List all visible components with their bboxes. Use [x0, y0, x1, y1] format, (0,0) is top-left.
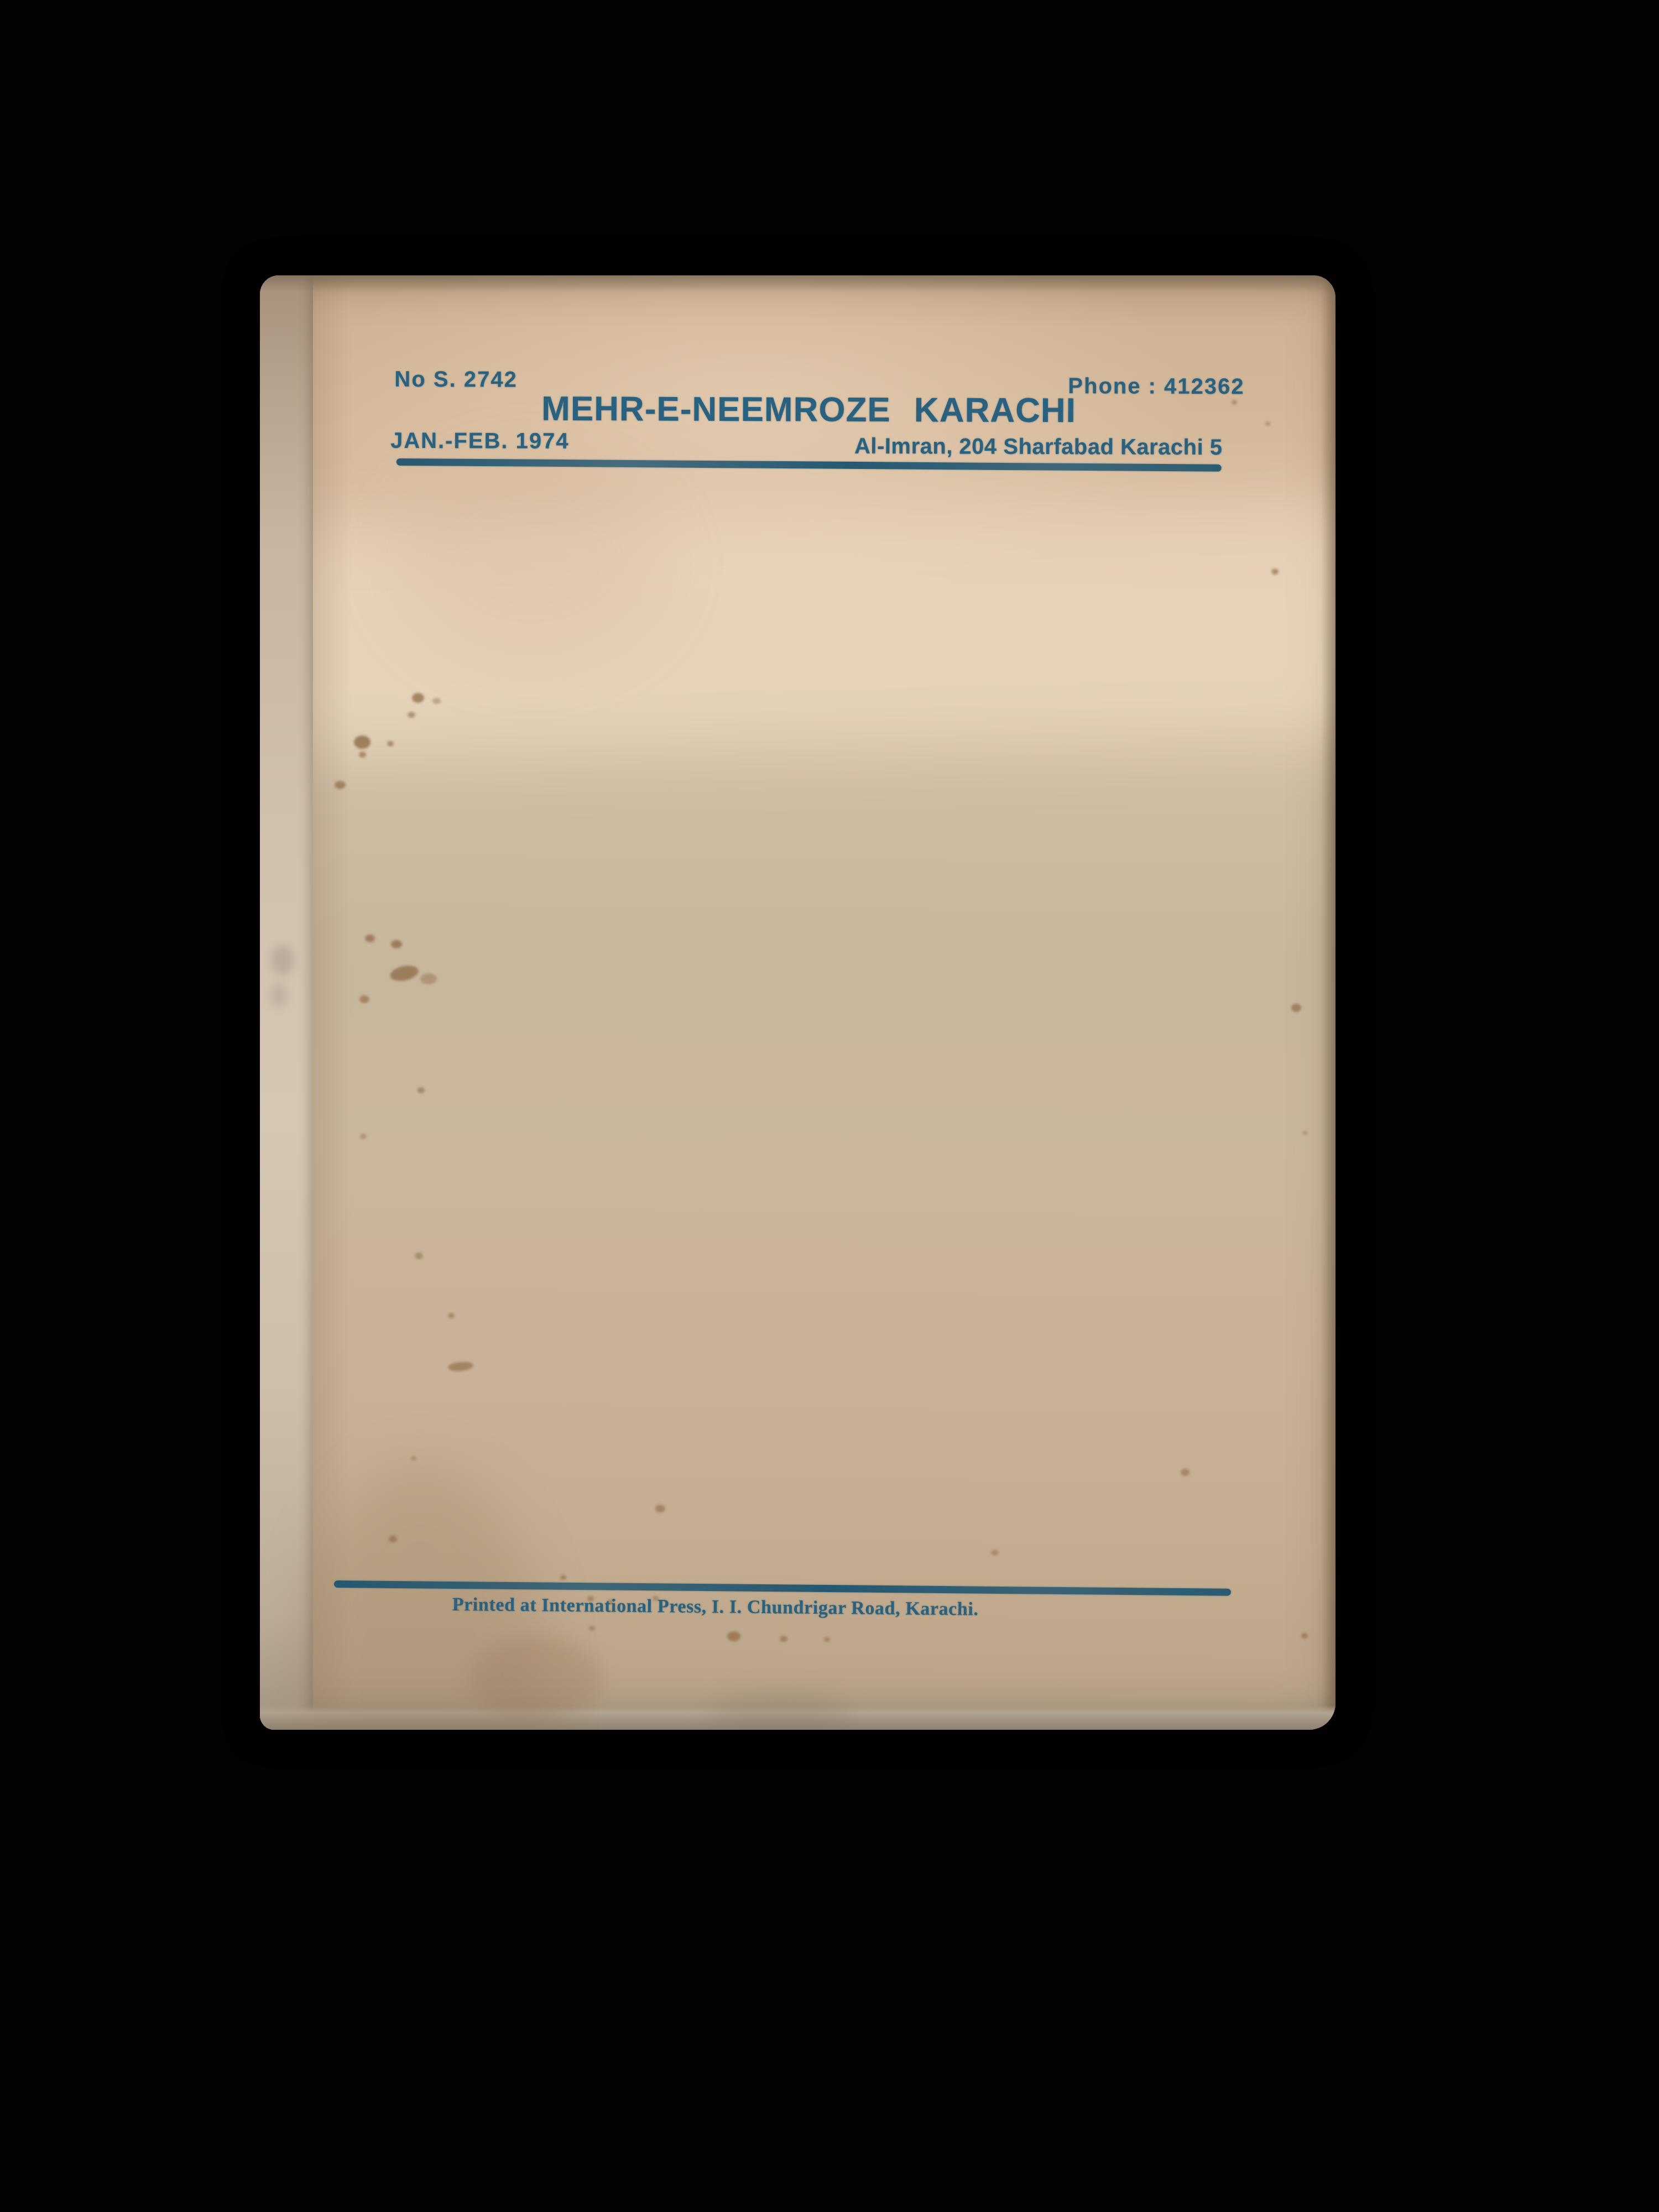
stain	[727, 1631, 740, 1641]
stain	[1302, 1131, 1308, 1135]
stain	[360, 1134, 367, 1139]
top-page-edge	[260, 275, 1335, 292]
photo-frame: No S. 2742 Phone : 412362 MEHR-E-NEEMROZ…	[0, 0, 1659, 2212]
stain	[560, 1575, 566, 1580]
stain	[365, 935, 375, 942]
stain	[1232, 400, 1237, 405]
issue-date: JAN.-FEB. 1974	[390, 429, 570, 454]
stain	[387, 741, 394, 747]
stain	[335, 781, 346, 789]
right-page-edge	[1321, 275, 1335, 1730]
stain	[448, 1313, 455, 1318]
stain	[1291, 1004, 1301, 1012]
stain	[359, 752, 366, 758]
serial-number: No S. 2742	[394, 367, 517, 393]
stain	[708, 1692, 852, 1730]
stain	[271, 945, 294, 975]
stain	[354, 735, 371, 749]
phone-number: Phone : 412362	[1068, 374, 1244, 399]
publisher-address: Al-Imran, 204 Sharfabad Karachi 5	[854, 434, 1223, 460]
stain	[1301, 1633, 1308, 1639]
stain	[447, 1361, 473, 1372]
stain	[589, 1626, 595, 1631]
stain	[412, 693, 424, 703]
stain	[359, 995, 369, 1003]
magazine-title: MEHR-E-NEEMROZE KARACHI	[541, 389, 1076, 430]
stain	[420, 973, 437, 984]
stain	[270, 983, 288, 1008]
stain	[1181, 1469, 1190, 1476]
stain	[415, 1253, 423, 1259]
stain	[408, 712, 415, 718]
book-back-cover: No S. 2742 Phone : 412362 MEHR-E-NEEMROZ…	[260, 275, 1335, 1730]
stain	[411, 1456, 416, 1460]
stain	[418, 1087, 425, 1093]
stain	[1271, 568, 1279, 575]
stain	[393, 458, 669, 668]
stain	[780, 1636, 787, 1642]
stain	[655, 1505, 665, 1512]
stain	[389, 963, 420, 983]
stain	[824, 1637, 830, 1642]
stain	[432, 698, 441, 704]
book-spine	[260, 275, 313, 1730]
stain	[1265, 421, 1270, 426]
stain	[391, 940, 402, 948]
stain	[991, 1550, 999, 1556]
